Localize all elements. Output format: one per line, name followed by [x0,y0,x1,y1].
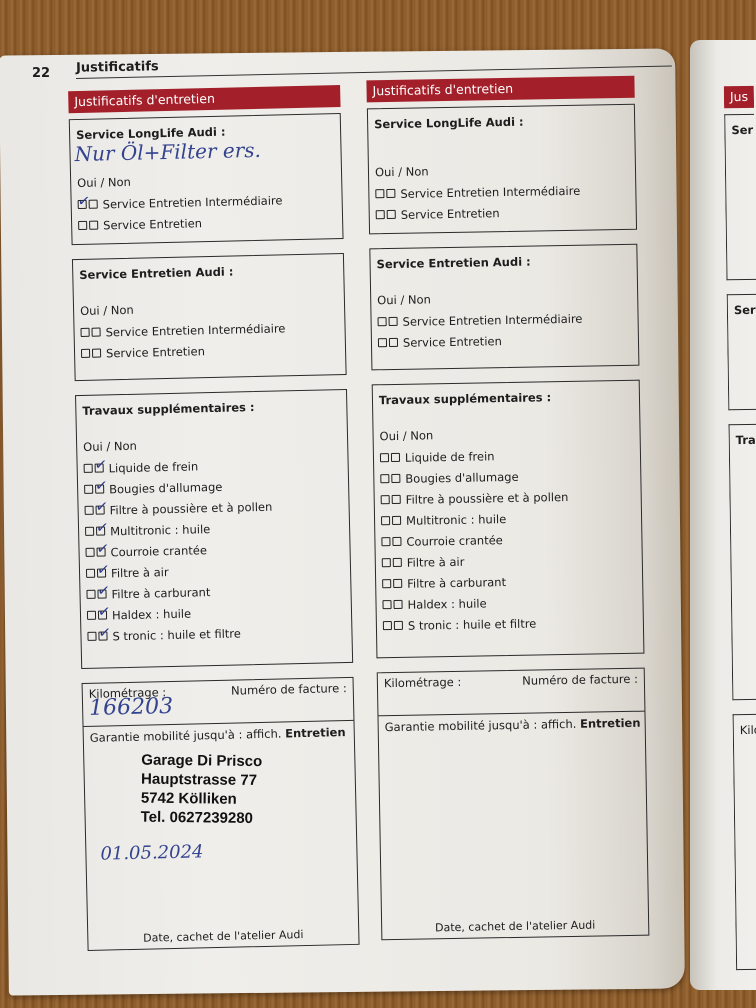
oui-checkbox[interactable] [87,611,96,620]
garantie-line: Garantie mobilité jusqu'à : affich. Entr… [378,712,644,739]
stamp-line: Garage Di Prisco [141,751,262,771]
item-label: Service Entretien Intermédiaire [105,321,285,339]
non-checkbox[interactable] [97,589,106,598]
item-label: Service Entretien [401,206,500,222]
km-row: Kilométrage : Numéro de facture : 166203 [83,678,354,727]
item-label: S tronic : huile et filtre [408,616,537,632]
oui-checkbox[interactable] [81,349,90,358]
non-checkbox[interactable] [97,568,106,577]
oui-checkbox[interactable] [86,569,95,578]
travaux-box-partial: Tra [729,424,756,700]
oui-non-label: Oui / Non [77,170,335,190]
item-label: Filtre à carburant [407,575,506,591]
oui-non-label: Oui / Non [377,289,631,307]
box-title-partial: Ser [731,123,748,137]
non-checkbox[interactable] [89,221,98,230]
non-checkbox[interactable] [392,537,401,546]
oui-checkbox[interactable] [380,453,389,462]
date-stamp-caption: Date, cachet de l'atelier Audi [88,927,358,946]
travaux-list: Liquide de freinBougies d'allumageFiltre… [83,452,345,647]
travaux-title: Travaux supplémentaires : [379,389,633,407]
item-label: Service Entretien [106,344,205,360]
longlife-item: Service Entretien [376,200,630,225]
non-checkbox[interactable] [387,210,396,219]
oui-checkbox[interactable] [85,548,94,557]
item-label: Multitronic : huile [110,522,210,538]
oui-checkbox[interactable] [381,516,390,525]
non-checkbox[interactable] [389,338,398,347]
item-label: Liquide de frein [405,449,495,465]
stamp-box-partial: Kilo [733,714,756,970]
service-entretien-box: Service Entretien Audi : Oui / Non Servi… [369,244,639,371]
km-label-partial: Kilo [740,723,756,737]
item-label: Filtre à poussière et à pollen [109,499,272,517]
item-label: Liquide de frein [109,459,199,475]
kilometrage-value: 166203 [89,694,174,721]
travaux-item: S tronic : huile et filtre [87,620,345,647]
oui-non-label: Oui / Non [379,425,633,443]
non-checkbox[interactable] [98,631,107,640]
oui-checkbox[interactable] [382,558,391,567]
item-label: Service Entretien [103,216,202,232]
service-date: 01.05.2024 [100,841,204,864]
non-checkbox[interactable] [393,558,402,567]
travaux-list: Liquide de freinBougies d'allumageFiltre… [380,443,637,636]
non-checkbox[interactable] [92,349,101,358]
entry-column-1: Justificatifs d'entretien Service LongLi… [68,85,360,965]
longlife-box-partial: Ser [724,114,756,280]
non-checkbox[interactable] [391,474,400,483]
entretien-item: Service Entretien [81,337,339,364]
service-entretien-box: Service Entretien Audi : Oui / Non Servi… [72,253,347,381]
entretien-title: Service Entretien Audi : [79,262,337,282]
entry-column-2: Justificatifs d'entretien Service LongLi… [366,76,649,955]
box-title-partial: Tra [736,433,753,447]
item-label: Courroie crantée [406,533,503,549]
garantie-label: Garantie mobilité jusqu'à : affich. [90,727,282,745]
oui-checkbox[interactable] [381,495,390,504]
longlife-item: Service Entretien [78,209,336,236]
km-row: Kilométrage : Numéro de facture : [378,669,645,717]
travaux-item: S tronic : huile et filtre [383,611,637,636]
stamp-line: 5742 Kölliken [141,789,262,809]
item-label: Multitronic : huile [406,512,506,528]
item-label: Filtre à air [407,554,465,569]
chapter-title: Justificatifs [76,59,159,75]
oui-non-label: Oui / Non [83,434,341,454]
oui-checkbox[interactable] [375,189,384,198]
oui-non-label: Oui / Non [80,298,338,318]
non-checkbox[interactable] [89,200,98,209]
oui-checkbox[interactable] [383,621,392,630]
non-checkbox[interactable] [394,621,403,630]
numero-facture-label: Numéro de facture : [522,672,638,710]
item-label: Service Entretien Intermédiaire [402,311,582,328]
kilometrage-label: Kilométrage : [384,675,462,712]
item-label: Service Entretien Intermédiaire [400,183,580,200]
longlife-title: Service LongLife Audi : [374,113,628,131]
non-checkbox[interactable] [392,495,401,504]
oui-checkbox[interactable] [381,537,390,546]
numero-facture-label: Numéro de facture : [231,681,347,720]
entretien-title: Service Entretien Audi : [376,253,630,271]
oui-checkbox[interactable] [378,338,387,347]
section-banner: Justificatifs d'entretien [366,76,634,103]
oui-checkbox[interactable] [85,527,94,536]
oui-checkbox[interactable] [80,328,89,337]
stamp-line: Tel. 0627239280 [141,808,262,828]
non-checkbox[interactable] [96,526,105,535]
stamp-box: Kilométrage : Numéro de facture : 166203… [82,677,360,951]
travaux-title: Travaux supplémentaires : [82,398,340,418]
oui-checkbox[interactable] [87,632,96,641]
oui-checkbox[interactable] [382,579,391,588]
garantie-label: Garantie mobilité jusqu'à : affich. [385,717,577,734]
item-label: S tronic : huile et filtre [112,626,241,643]
oui-checkbox[interactable] [84,464,93,473]
item-label: Bougies d'allumage [109,479,223,496]
garage-stamp: Garage Di Prisco Hauptstrasse 77 5742 Kö… [141,751,263,828]
non-checkbox[interactable] [98,610,107,619]
section-banner-partial: Jus [724,86,754,108]
item-label: Filtre à carburant [111,585,210,601]
oui-checkbox[interactable] [376,210,385,219]
longlife-handwritten-note: Nur Öl+Filter ers. [74,138,261,166]
item-label: Courroie crantée [110,543,207,559]
entretien-box-partial: Ser [727,294,756,410]
oui-checkbox[interactable] [78,221,87,230]
date-stamp-caption: Date, cachet de l'atelier Audi [382,918,648,936]
stamp-box: Kilométrage : Numéro de facture : Garant… [377,668,650,941]
item-label: Haldex : huile [112,606,191,622]
non-checkbox[interactable] [91,328,100,337]
travaux-box: Travaux supplémentaires : Oui / Non Liqu… [372,380,645,659]
item-label: Filtre à poussière et à pollen [406,489,569,506]
item-label: Haldex : huile [407,596,486,611]
non-checkbox[interactable] [95,484,104,493]
item-label: Service Entretien [403,334,502,350]
oui-checkbox[interactable] [378,317,387,326]
non-checkbox[interactable] [389,317,398,326]
garantie-bold: Entretien [580,716,641,731]
longlife-box: Service LongLife Audi : Nur Öl+Filter er… [69,113,344,245]
page-number: 22 [32,66,50,81]
non-checkbox[interactable] [96,505,105,514]
non-checkbox[interactable] [96,547,105,556]
non-checkbox[interactable] [393,600,402,609]
non-checkbox[interactable] [393,579,402,588]
oui-checkbox[interactable] [84,485,93,494]
oui-checkbox[interactable] [78,200,87,209]
oui-checkbox[interactable] [86,590,95,599]
item-label: Filtre à air [111,565,169,580]
oui-checkbox[interactable] [380,474,389,483]
travaux-box: Travaux supplémentaires : Oui / Non Liqu… [75,389,353,669]
non-checkbox[interactable] [95,463,104,472]
oui-checkbox[interactable] [382,600,391,609]
section-banner: Justificatifs d'entretien [68,85,340,113]
non-checkbox[interactable] [386,189,395,198]
box-title-partial: Ser [734,303,751,317]
oui-checkbox[interactable] [85,506,94,515]
item-label: Service Entretien Intermédiaire [103,193,283,211]
non-checkbox[interactable] [392,516,401,525]
garantie-bold: Entretien [285,725,346,740]
item-label: Bougies d'allumage [405,469,518,485]
entretien-item: Service Entretien [378,328,632,353]
non-checkbox[interactable] [391,453,400,462]
stamp-line: Hauptstrasse 77 [141,770,262,790]
longlife-box: Service LongLife Audi : Oui / Non Servic… [367,104,637,235]
oui-non-label: Oui / Non [375,161,629,179]
